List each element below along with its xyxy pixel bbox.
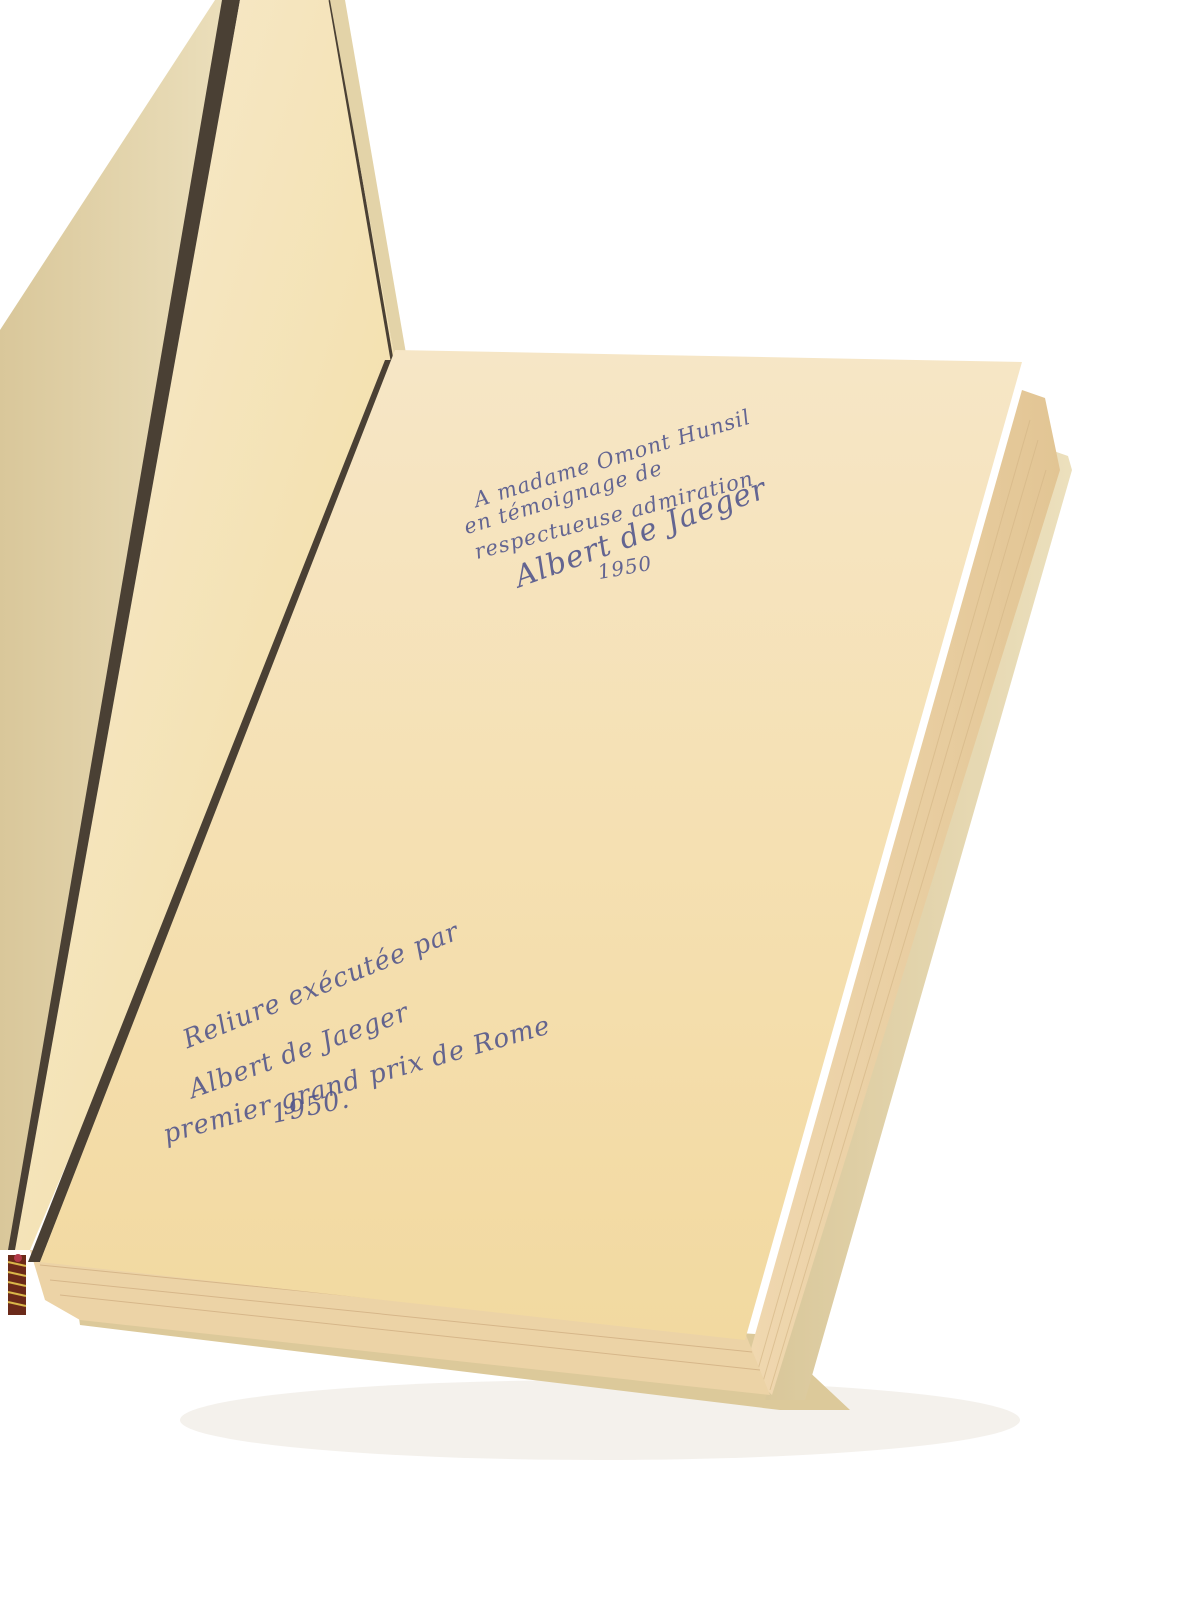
open-book-photo: A madame Omont Hunsil en témoignage de r… bbox=[0, 0, 1200, 1600]
book-illustration bbox=[0, 0, 1200, 1600]
book-shadow bbox=[180, 1380, 1020, 1460]
headband bbox=[8, 1254, 26, 1315]
